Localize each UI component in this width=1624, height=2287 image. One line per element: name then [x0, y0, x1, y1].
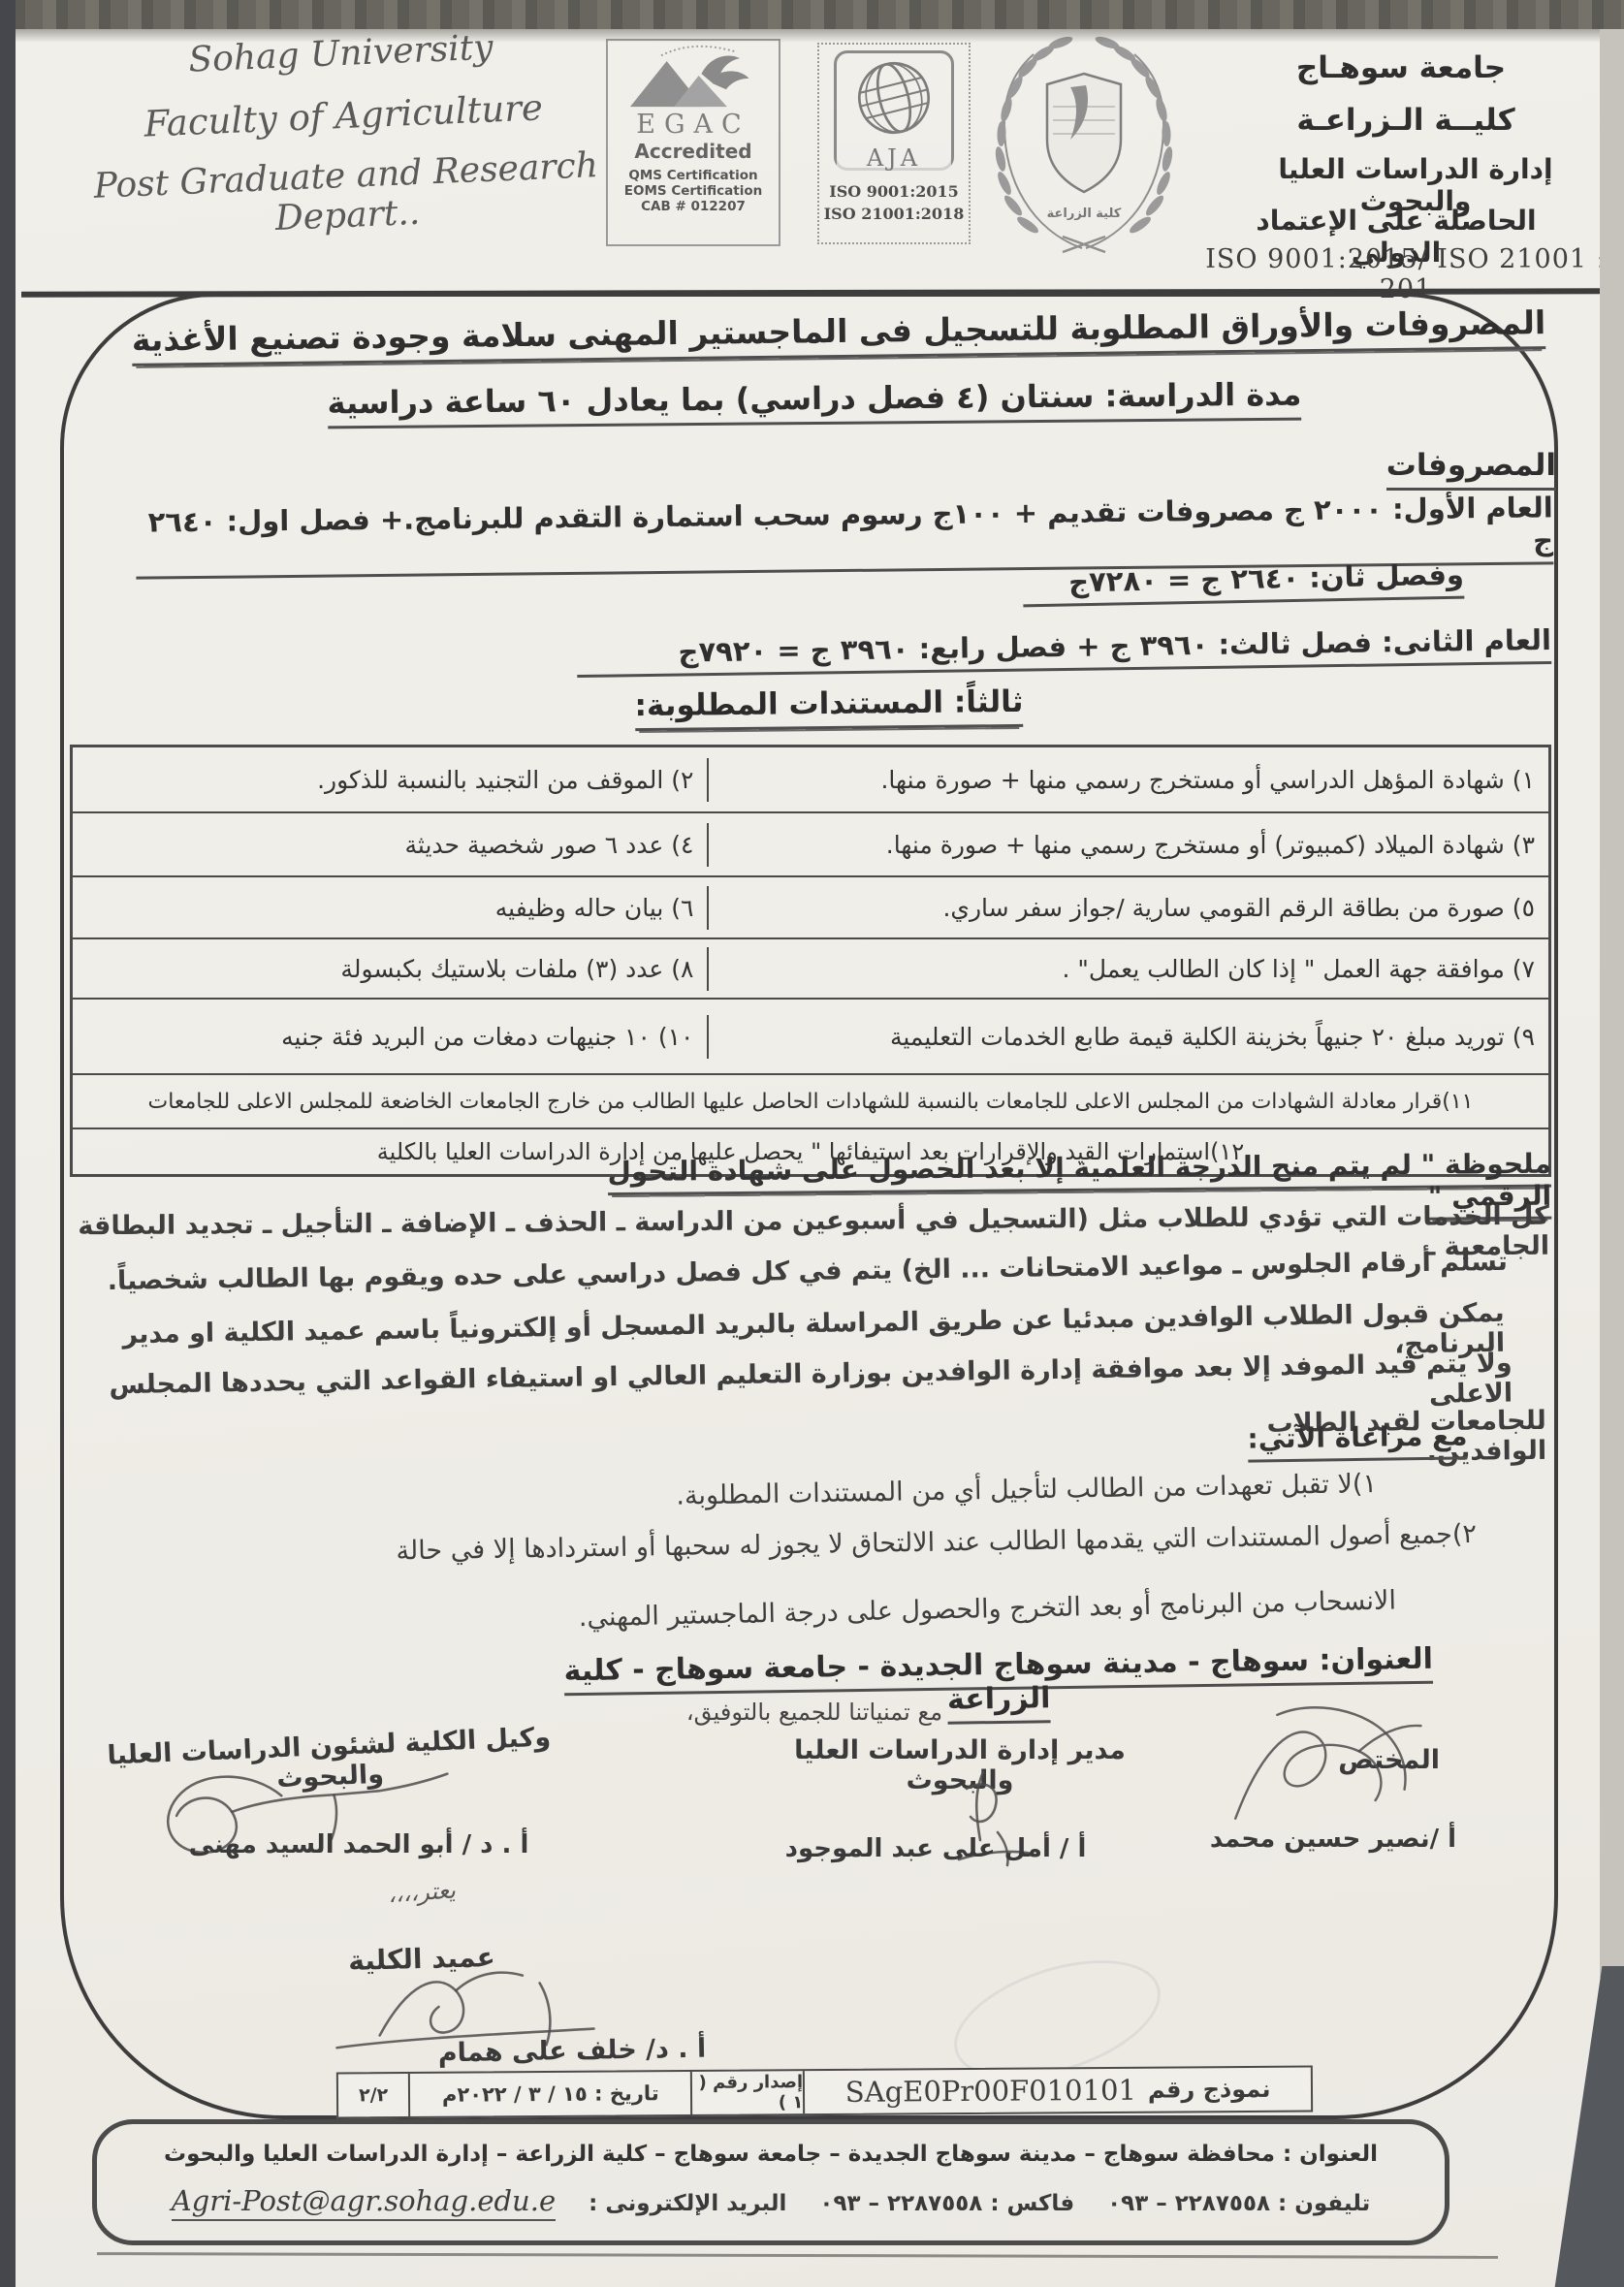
aja-title: AJA [837, 144, 951, 172]
form-issue-cell: إصدار رقم ( ١ ) [690, 2071, 803, 2114]
footer-contact-line: تليفون : ٢٢٨٧٥٥٨ – ٠٩٣ فاكس : ٢٢٨٧٥٥٨ – … [116, 2184, 1425, 2221]
egac-accredited-label: Accredited [608, 140, 779, 163]
doc-item-1: ١) شهادة المؤهل الدراسي أو مستخرج رسمي م… [707, 758, 1548, 802]
table-row: ٩) توريد مبلغ ٢٠ جنيهاً بخزينة الكلية قي… [73, 1000, 1548, 1075]
doc-item-2: ٢) الموقف من التجنيد بالنسبة للذكور. [73, 758, 707, 802]
doc-item-4: ٤) عدد ٦ صور شخصية حديثة [73, 823, 707, 867]
documents-table: ١) شهادة المؤهل الدراسي أو مستخرج رسمي م… [70, 745, 1551, 1177]
egac-mountains-eagle-icon [621, 45, 766, 109]
aja-logo-box: AJA [834, 50, 954, 171]
scan-edge-bottom-right-wedge [1540, 1966, 1624, 2287]
doc-item-8: ٨) عدد (٣) ملفات بلاستيك بكبسولة [73, 947, 707, 991]
fees-heading: المصروفات [1367, 448, 1556, 483]
consider-heading: مع مراعاة الآتي: [1159, 1418, 1556, 1456]
egac-title: EGAC [608, 110, 779, 140]
aja-globe-icon [852, 56, 936, 140]
seal-caption: كلية الزراعة [1047, 206, 1122, 221]
table-row: ٧) موافقة جهة العمل " إذا كان الطالب يعم… [73, 939, 1548, 1000]
footer-shadow-rule [97, 2252, 1498, 2259]
specialist-signature [1212, 1699, 1440, 1844]
doc-item-6: ٦) بيان حاله وظيفيه [73, 886, 707, 930]
faculty-wreath-seal-icon: كلية الزراعة [977, 25, 1191, 258]
header-faculty-arabic: كليــة الـزراعـة [1280, 103, 1532, 138]
scan-edge-top-fade [0, 29, 1624, 43]
documents-heading: ثالثاً: المستندات المطلوبة: [621, 684, 1037, 724]
documents-heading-text: ثالثاً: المستندات المطلوبة: [634, 684, 1023, 731]
fees-heading-text: المصروفات [1386, 448, 1556, 491]
aja-iso-21001: ISO 21001:2018 [819, 205, 969, 223]
doc-item-10: ١٠) ١٠ جنيهات دمغات من البريد فئة جنيه [73, 1015, 707, 1059]
egac-badge: EGAC Accredited QMS Certification EOMS C… [606, 39, 780, 246]
form-model-code: SAgE0Pr00F010101 [845, 2074, 1136, 2109]
fees-line-second-semester: وفصل ثان: ٢٦٤٠ ج = ٧٢٨٠ج [1023, 558, 1465, 608]
footer-address-line: العنوان : محافظة سوهاج – مدينة سوهاج الج… [116, 2142, 1425, 2167]
form-meta-strip: نموذج رقم SAgE0Pr00F010101 إصدار رقم ( ١… [336, 2065, 1313, 2118]
wishes-line: مع تمنياتنا للجميع بالتوفيق، [601, 1699, 1028, 1726]
doc-item-7: ٧) موافقة جهة العمل " إذا كان الطالب يعم… [707, 947, 1548, 991]
footer-fax: فاكس : ٢٢٨٧٥٥٨ – ٠٩٣ [819, 2191, 1074, 2216]
egac-cert-line-qms: QMS Certification [608, 168, 779, 183]
form-model-label: نموذج رقم [1148, 2076, 1271, 2104]
aja-badge: AJA ISO 9001:2015 ISO 21001:2018 [817, 43, 971, 244]
form-date-cell: تاريخ : ١٥ / ٣ / ٢٠٢٢م [408, 2072, 690, 2116]
scan-edge-left-strip [0, 0, 16, 2287]
form-model-cell: نموذج رقم SAgE0Pr00F010101 [803, 2067, 1311, 2113]
table-row: ٣) شهادة الميلاد (كمبيوتر) أو مستخرج رسم… [73, 813, 1548, 877]
scan-edge-right-strip [1600, 29, 1624, 1978]
consider-heading-text: مع مراعاة الآتي: [1247, 1419, 1468, 1462]
scan-edge-top-band [0, 0, 1624, 29]
footer-email-label: البريد الإلكترونى : [589, 2191, 786, 2216]
signature-name-director: أ / أمل على عبد الموجود [761, 1834, 1110, 1863]
doc-item-5: ٥) صورة من بطاقة الرقم القومي سارية /جوا… [707, 886, 1548, 930]
study-duration-text: مدة الدراسة: سنتان (٤ فصل دراسي) بما يعا… [327, 376, 1301, 429]
form-page-number: ٢/٢ [338, 2074, 409, 2117]
table-row: ١١)قرار معادلة الشهادات من المجلس الاعلى… [73, 1075, 1548, 1129]
doc-item-9: ٩) توريد مبلغ ٢٠ جنيهاً بخزينة الكلية قي… [707, 1015, 1548, 1059]
doc-item-11: ١١)قرار معادلة الشهادات من المجلس الاعلى… [73, 1084, 1548, 1120]
egac-cert-line-cab: CAB # 012207 [608, 199, 779, 214]
header-english-block: Sohag University Faculty of Agriculture … [69, 22, 620, 246]
footer-phone: تليفون : ٢٢٨٧٥٥٨ – ٠٩٣ [1107, 2191, 1370, 2216]
egac-cert-line-eoms: EOMS Certification [608, 183, 779, 199]
signature-name-specialist: أ /نصير حسين محمد [1197, 1825, 1469, 1854]
scanned-page: Sohag University Faculty of Agriculture … [0, 0, 1624, 2287]
aja-iso-9001: ISO 9001:2015 [819, 182, 969, 201]
table-row: ٥) صورة من بطاقة الرقم القومي سارية /جوا… [73, 877, 1548, 939]
table-row: ١) شهادة المؤهل الدراسي أو مستخرج رسمي م… [73, 747, 1548, 813]
footer-email: Agri-Post@agr.sohag.edu.e [172, 2184, 556, 2221]
department-name-english: Post Graduate and Research Depart.. [74, 144, 620, 246]
faculty-name-english: Faculty of Agriculture [72, 83, 616, 147]
signature-name-vice-dean: أ . د / أبو الحمد السيد مهنى [150, 1830, 567, 1859]
study-duration-line: مدة الدراسة: سنتان (٤ فصل دراسي) بما يعا… [291, 375, 1338, 421]
header-university-arabic: جامعة سوهـاج [1280, 50, 1522, 85]
doc-item-3: ٣) شهادة الميلاد (كمبيوتر) أو مستخرج رسم… [707, 823, 1548, 867]
footer-contact-box: العنوان : محافظة سوهاج – مدينة سوهاج الج… [92, 2119, 1449, 2245]
